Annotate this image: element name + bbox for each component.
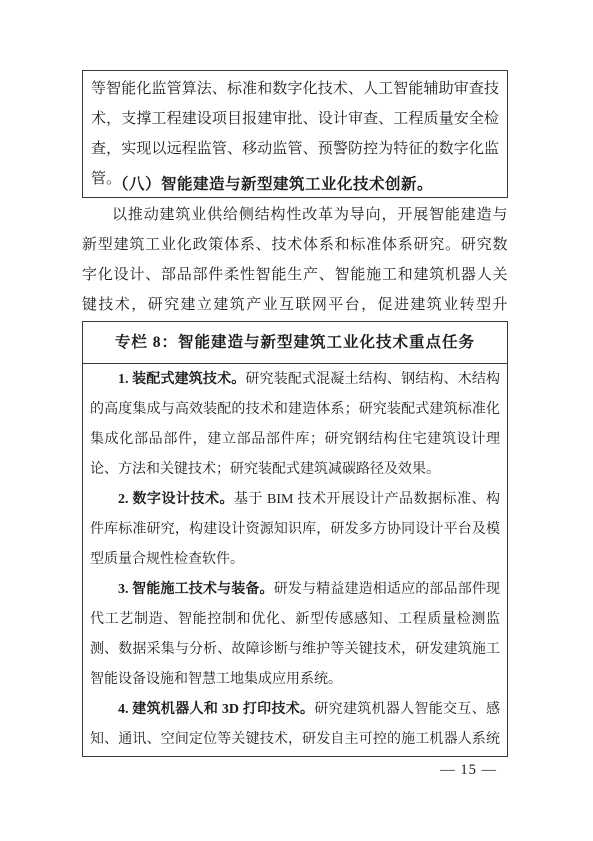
panel-item-text: 研发与精益建造相适应的部品部件现代工艺制造、智能控制和优化、新型传感感知、工程质… [90,582,500,687]
page-number: — 15 — [440,760,497,780]
document-page: 等智能化监管算法、标准和数字化技术、人工智能辅助审查技术，支撑工程建设项目报建审… [0,0,593,841]
panel-item: 2. 数字设计技术。基于 BIM 技术开展设计产品数据标准、构件库标准研究，构建… [90,485,500,575]
panel-title: 专栏 8：智能建造与新型建筑工业化技术重点任务 [83,322,507,364]
panel-item-label: 4. 建筑机器人和 3D 打印技术。 [118,702,314,717]
panel-item-label: 1. 装配式建筑技术。 [118,372,245,387]
panel-item: 3. 智能施工技术与装备。研发与精益建造相适应的部品部件现代工艺制造、智能控制和… [90,575,500,695]
panel-body: 1. 装配式建筑技术。研究装配式混凝土结构、钢结构、木结构的高度集成与高效装配的… [83,364,507,757]
panel-item-label: 3. 智能施工技术与装备。 [118,582,274,597]
panel-item-text: 研究装配式混凝土结构、钢结构、木结构的高度集成与高效装配的技术和建造体系；研究装… [90,372,500,477]
panel-box: 专栏 8：智能建造与新型建筑工业化技术重点任务 1. 装配式建筑技术。研究装配式… [82,321,508,757]
section-heading: （八）智能建造与新型建筑工业化技术创新。 [82,170,508,200]
panel-item: 4. 建筑机器人和 3D 打印技术。研究建筑机器人智能交互、感知、通讯、空间定位… [90,695,500,757]
panel-item: 1. 装配式建筑技术。研究装配式混凝土结构、钢结构、木结构的高度集成与高效装配的… [90,365,500,485]
panel-item-label: 2. 数字设计技术。 [118,492,234,507]
